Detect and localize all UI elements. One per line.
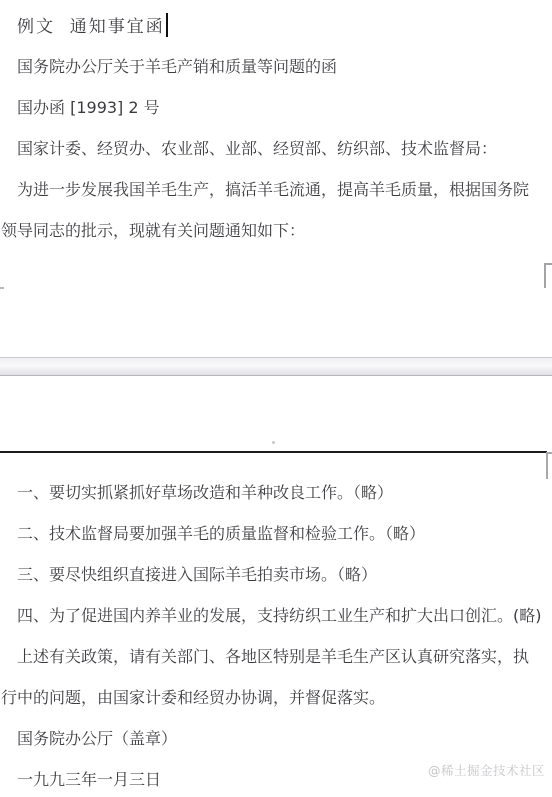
- text-cursor: [166, 13, 168, 37]
- doc-line: 为进一步发展我国羊毛生产，搞活羊毛流通，提高羊毛质量，根据国务院: [0, 168, 552, 209]
- doc-line: 国务院办公厅（盖章）: [0, 717, 552, 758]
- doc-line: 上述有关政策，请有关部门、各地区特别是羊毛生产区认真研究落实，执: [0, 635, 552, 676]
- doc-line: 四、为了促进国内养羊业的发展，支持纺织工业生产和扩大出口创汇。(略): [0, 594, 552, 635]
- frame-top-border: [0, 451, 547, 453]
- doc-line-title: 例文 通知事宜函: [0, 4, 552, 45]
- document-editor-view: 例文 通知事宜函 国务院办公厅关于羊毛产销和质量等问题的函 国办函 [1993]…: [0, 0, 552, 797]
- doc-line: 二、技术监督局要加强羊毛的质量监督和检验工作。（略）: [0, 512, 552, 553]
- stray-dot-mark: [272, 441, 275, 444]
- page2-text-area[interactable]: 一、要切实抓紧抓好草场改造和羊种改良工作。（略） 二、技术监督局要加强羊毛的质量…: [0, 471, 552, 797]
- community-watermark: @稀土掘金技术社区: [428, 761, 545, 779]
- doc-line: 国家计委、经贸办、农业部、业部、经贸部、纺织部、技术监督局：: [0, 127, 552, 168]
- doc-line: 国务院办公厅关于羊毛产销和质量等问题的函: [0, 45, 552, 86]
- clipped-box-corner-upper: [544, 263, 552, 288]
- doc-line: 一、要切实抓紧抓好草场改造和羊种改良工作。（略）: [0, 471, 552, 512]
- edge-dash-mark: [0, 287, 4, 289]
- doc-line: 领导同志的批示，现就有关问题通知如下：: [0, 209, 552, 250]
- title-text: 例文 通知事宜函: [17, 12, 165, 37]
- page1-text-area[interactable]: 例文 通知事宜函 国务院办公厅关于羊毛产销和质量等问题的函 国办函 [1993]…: [0, 4, 552, 250]
- doc-line: 三、要尽快组织直接进入国际羊毛拍卖市场。（略）: [0, 553, 552, 594]
- doc-line: 行中的问题，由国家计委和经贸办协调，并督促落实。: [0, 676, 552, 717]
- page-break-band: [0, 357, 552, 376]
- doc-line: 国办函 [1993] 2 号: [0, 86, 552, 127]
